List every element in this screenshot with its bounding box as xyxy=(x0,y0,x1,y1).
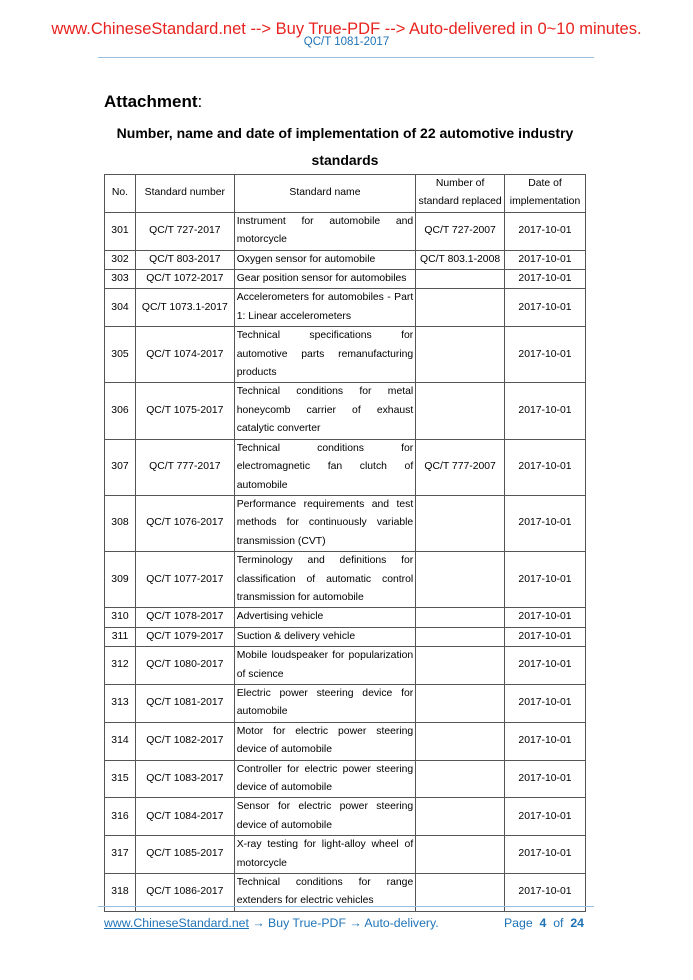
row-standard-name: Technical specifications for automotive … xyxy=(234,327,416,383)
of-label: of xyxy=(553,916,563,930)
row-replaced xyxy=(416,798,505,836)
row-standard-name: Advertising vehicle xyxy=(234,608,416,627)
row-standard-number: QC/T 1075-2017 xyxy=(135,383,234,439)
row-no: 304 xyxy=(105,289,136,327)
row-standard-number: QC/T 1077-2017 xyxy=(135,552,234,608)
row-replaced xyxy=(416,627,505,646)
row-no: 303 xyxy=(105,270,136,289)
footer: www.ChineseStandard.net → Buy True-PDF →… xyxy=(104,916,586,930)
row-standard-name: Instrument for automobile and motorcycle xyxy=(234,212,416,250)
row-standard-number: QC/T 1080-2017 xyxy=(135,647,234,685)
table-row: 311QC/T 1079-2017Suction & delivery vehi… xyxy=(105,627,586,646)
row-date: 2017-10-01 xyxy=(505,836,586,874)
table-row: 309QC/T 1077-2017Terminology and definit… xyxy=(105,552,586,608)
table-row: 314QC/T 1082-2017Motor for electric powe… xyxy=(105,722,586,760)
row-replaced xyxy=(416,608,505,627)
row-date: 2017-10-01 xyxy=(505,439,586,495)
row-replaced xyxy=(416,270,505,289)
col-header-replaced-line2: standard replaced xyxy=(419,196,502,207)
footer-link[interactable]: www.ChineseStandard.net xyxy=(104,916,249,930)
table-row: 307QC/T 777-2017Technical conditions for… xyxy=(105,439,586,495)
row-standard-name: X-ray testing for light-alloy wheel of m… xyxy=(234,836,416,874)
row-replaced xyxy=(416,552,505,608)
row-standard-name: Sensor for electric power steering devic… xyxy=(234,798,416,836)
row-replaced xyxy=(416,836,505,874)
row-no: 310 xyxy=(105,608,136,627)
row-no: 311 xyxy=(105,627,136,646)
footer-text: → Buy True-PDF → Auto-delivery. xyxy=(249,916,439,930)
table-title-line1: Number, name and date of implementation … xyxy=(104,125,586,141)
row-date: 2017-10-01 xyxy=(505,289,586,327)
row-standard-number: QC/T 1078-2017 xyxy=(135,608,234,627)
col-header-date-line2: implementation xyxy=(510,196,580,207)
table-title-line2: standards xyxy=(104,152,586,168)
table-row: 317QC/T 1085-2017X-ray testing for light… xyxy=(105,836,586,874)
table-row: 305QC/T 1074-2017Technical specification… xyxy=(105,327,586,383)
attachment-heading: Attachment: xyxy=(104,92,202,112)
row-standard-name: Oxygen sensor for automobile xyxy=(234,250,416,269)
row-replaced xyxy=(416,495,505,551)
row-date: 2017-10-01 xyxy=(505,327,586,383)
row-replaced: QC/T 777-2007 xyxy=(416,439,505,495)
row-date: 2017-10-01 xyxy=(505,250,586,269)
row-replaced xyxy=(416,327,505,383)
col-header-date-line1: Date of xyxy=(528,178,562,189)
row-standard-name: Performance requirements and test method… xyxy=(234,495,416,551)
row-replaced: QC/T 727-2007 xyxy=(416,212,505,250)
row-standard-name: Accelerometers for automobiles - Part 1:… xyxy=(234,289,416,327)
row-standard-number: QC/T 777-2017 xyxy=(135,439,234,495)
row-no: 305 xyxy=(105,327,136,383)
table-row: 316QC/T 1084-2017Sensor for electric pow… xyxy=(105,798,586,836)
row-replaced xyxy=(416,684,505,722)
row-standard-number: QC/T 1084-2017 xyxy=(135,798,234,836)
row-date: 2017-10-01 xyxy=(505,722,586,760)
row-standard-name: Suction & delivery vehicle xyxy=(234,627,416,646)
row-standard-number: QC/T 1085-2017 xyxy=(135,836,234,874)
row-no: 301 xyxy=(105,212,136,250)
row-standard-name: Controller for electric power steering d… xyxy=(234,760,416,798)
current-page: 4 xyxy=(540,916,547,930)
row-replaced xyxy=(416,760,505,798)
col-header-replaced-line1: Number of xyxy=(436,178,485,189)
table-row: 301QC/T 727-2017Instrument for automobil… xyxy=(105,212,586,250)
table-header-row: No. Standard number Standard name Number… xyxy=(105,175,586,213)
row-date: 2017-10-01 xyxy=(505,798,586,836)
row-standard-number: QC/T 803-2017 xyxy=(135,250,234,269)
row-no: 315 xyxy=(105,760,136,798)
col-header-standard-name: Standard name xyxy=(234,175,416,213)
row-no: 308 xyxy=(105,495,136,551)
row-date: 2017-10-01 xyxy=(505,627,586,646)
table-row: 315QC/T 1083-2017Controller for electric… xyxy=(105,760,586,798)
footer-divider xyxy=(98,906,594,907)
row-standard-name: Gear position sensor for automobiles xyxy=(234,270,416,289)
document-number: QC/T 1081-2017 xyxy=(0,36,693,49)
row-replaced xyxy=(416,383,505,439)
table-row: 302QC/T 803-2017Oxygen sensor for automo… xyxy=(105,250,586,269)
row-date: 2017-10-01 xyxy=(505,647,586,685)
col-header-no: No. xyxy=(105,175,136,213)
standards-table: No. Standard number Standard name Number… xyxy=(104,174,586,912)
attachment-colon: : xyxy=(198,92,203,111)
row-no: 309 xyxy=(105,552,136,608)
row-standard-number: QC/T 1079-2017 xyxy=(135,627,234,646)
row-no: 316 xyxy=(105,798,136,836)
row-standard-number: QC/T 1072-2017 xyxy=(135,270,234,289)
header-divider xyxy=(98,57,594,58)
row-date: 2017-10-01 xyxy=(505,684,586,722)
col-header-replaced: Number ofstandard replaced xyxy=(416,175,505,213)
row-standard-name: Mobile loudspeaker for popularization of… xyxy=(234,647,416,685)
row-standard-number: QC/T 1081-2017 xyxy=(135,684,234,722)
row-replaced xyxy=(416,722,505,760)
attachment-label: Attachment xyxy=(104,92,198,111)
row-standard-name: Technical conditions for electromagnetic… xyxy=(234,439,416,495)
row-no: 306 xyxy=(105,383,136,439)
page-label: Page xyxy=(504,916,533,930)
row-replaced: QC/T 803.1-2008 xyxy=(416,250,505,269)
row-standard-number: QC/T 1076-2017 xyxy=(135,495,234,551)
row-no: 314 xyxy=(105,722,136,760)
page-indicator: Page 4 of 24 xyxy=(504,916,584,930)
row-date: 2017-10-01 xyxy=(505,495,586,551)
row-standard-number: QC/T 1073.1-2017 xyxy=(135,289,234,327)
row-date: 2017-10-01 xyxy=(505,552,586,608)
table-row: 310QC/T 1078-2017Advertising vehicle2017… xyxy=(105,608,586,627)
row-date: 2017-10-01 xyxy=(505,383,586,439)
row-standard-name: Electric power steering device for autom… xyxy=(234,684,416,722)
row-no: 312 xyxy=(105,647,136,685)
row-no: 313 xyxy=(105,684,136,722)
table-row: 304QC/T 1073.1-2017Accelerometers for au… xyxy=(105,289,586,327)
row-no: 302 xyxy=(105,250,136,269)
table-row: 303QC/T 1072-2017Gear position sensor fo… xyxy=(105,270,586,289)
row-date: 2017-10-01 xyxy=(505,270,586,289)
row-replaced xyxy=(416,289,505,327)
row-date: 2017-10-01 xyxy=(505,212,586,250)
row-standard-number: QC/T 1074-2017 xyxy=(135,327,234,383)
row-standard-name: Motor for electric power steering device… xyxy=(234,722,416,760)
row-standard-number: QC/T 727-2017 xyxy=(135,212,234,250)
table-row: 313QC/T 1081-2017Electric power steering… xyxy=(105,684,586,722)
row-date: 2017-10-01 xyxy=(505,608,586,627)
row-no: 317 xyxy=(105,836,136,874)
col-header-date: Date ofimplementation xyxy=(505,175,586,213)
row-standard-name: Technical conditions for metal honeycomb… xyxy=(234,383,416,439)
table-row: 308QC/T 1076-2017Performance requirement… xyxy=(105,495,586,551)
row-standard-number: QC/T 1083-2017 xyxy=(135,760,234,798)
row-date: 2017-10-01 xyxy=(505,760,586,798)
total-pages: 24 xyxy=(570,916,584,930)
row-standard-name: Terminology and definitions for classifi… xyxy=(234,552,416,608)
col-header-standard-number: Standard number xyxy=(135,175,234,213)
table-row: 312QC/T 1080-2017Mobile loudspeaker for … xyxy=(105,647,586,685)
row-replaced xyxy=(416,647,505,685)
table-row: 306QC/T 1075-2017Technical conditions fo… xyxy=(105,383,586,439)
row-standard-number: QC/T 1082-2017 xyxy=(135,722,234,760)
row-no: 307 xyxy=(105,439,136,495)
